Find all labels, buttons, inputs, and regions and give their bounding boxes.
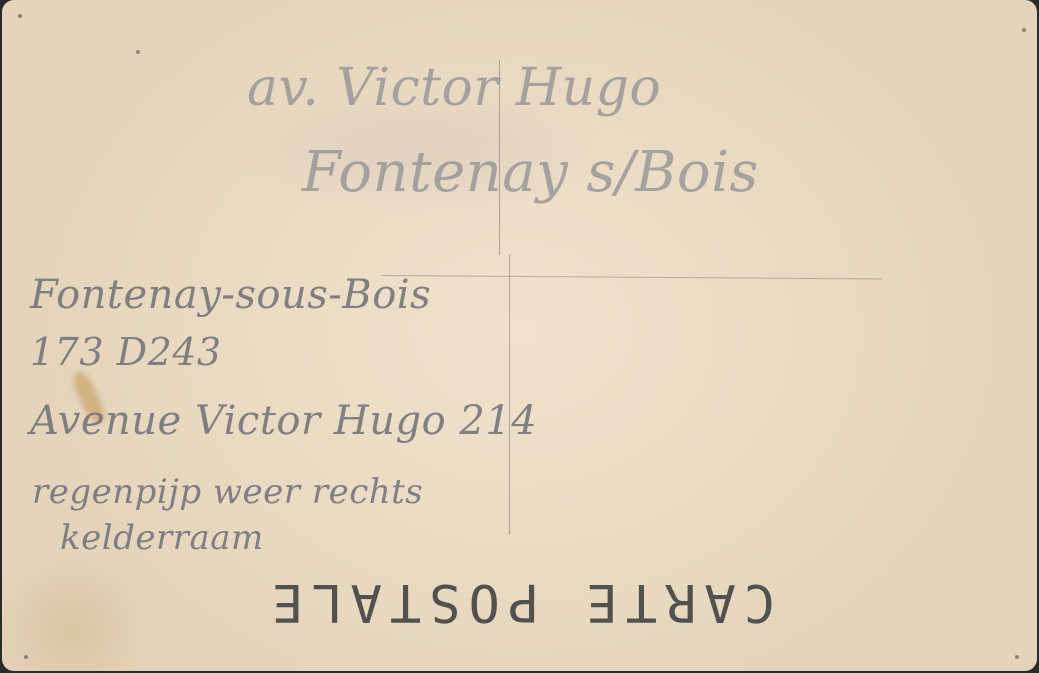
top-annotation-line2: Fontenay s/Bois xyxy=(302,140,759,205)
note-reference: 173 D243 xyxy=(30,330,222,374)
speck xyxy=(1022,28,1026,32)
divider-horizontal xyxy=(382,275,882,279)
top-annotation-line1: av. Victor Hugo xyxy=(247,58,661,118)
speck xyxy=(136,50,140,54)
note-detail: kelderraam xyxy=(60,518,264,558)
note-address: Avenue Victor Hugo 214 xyxy=(30,398,537,444)
note-direction: regenpijp weer rechts xyxy=(32,472,423,512)
postcard-back: av. Victor Hugo Fontenay s/Bois Fontenay… xyxy=(2,0,1037,671)
note-city: Fontenay-sous-Bois xyxy=(30,272,431,318)
speck xyxy=(24,655,28,659)
speck xyxy=(18,14,22,18)
printed-heading: CARTE POSTALE xyxy=(264,572,775,632)
speck xyxy=(1015,655,1019,659)
divider-vertical xyxy=(509,255,510,535)
